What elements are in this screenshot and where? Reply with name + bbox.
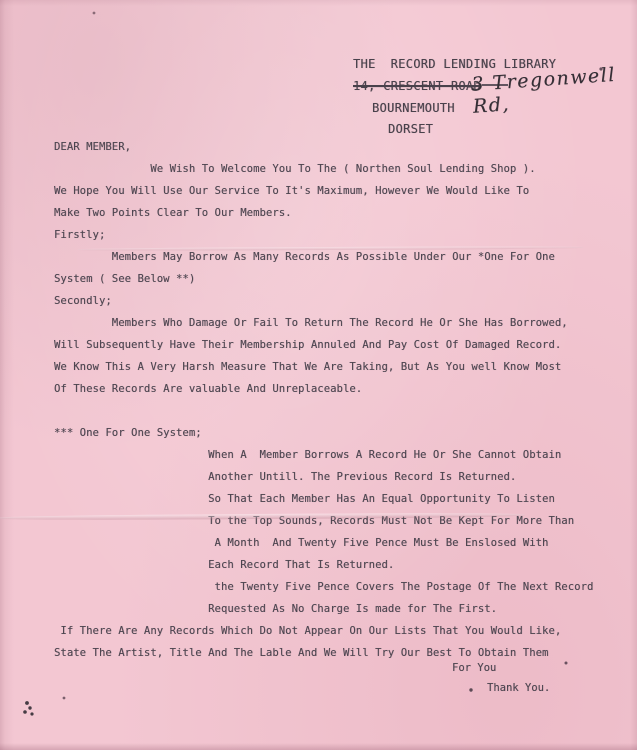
letter-line: We Hope You Will Use Our Service To It's… xyxy=(54,180,593,202)
letter-line: Of These Records Are valuable And Unrepl… xyxy=(54,378,593,400)
closing-for-you: For You xyxy=(452,661,496,675)
letter-line: We Wish To Welcome You To The ( Northen … xyxy=(54,158,593,180)
ink-specks xyxy=(0,0,2,2)
letter-line: If There Are Any Records Which Do Not Ap… xyxy=(54,620,593,642)
letter-line-blank xyxy=(54,400,593,422)
letter-line-firstly: Firstly; xyxy=(54,224,593,246)
letter-line-secondly: Secondly; xyxy=(54,290,593,312)
letter-line: Requested As No Charge Is made for The F… xyxy=(54,598,593,620)
letterhead-county: DORSET xyxy=(388,121,433,137)
letter-line: So That Each Member Has An Equal Opportu… xyxy=(54,488,593,510)
letter-line: the Twenty Five Pence Covers The Postage… xyxy=(54,576,593,598)
letter-line: We Know This A Very Harsh Measure That W… xyxy=(54,356,593,378)
letter-line: Make Two Points Clear To Our Members. xyxy=(54,202,593,224)
letter-line: When A Member Borrows A Record He Or She… xyxy=(54,444,593,466)
letter-line: A Month And Twenty Five Pence Must Be En… xyxy=(54,532,593,554)
letterhead-old-address: 14, CRESCENT ROAD xyxy=(353,79,481,93)
letter-line: Members May Borrow As Many Records As Po… xyxy=(54,246,593,268)
letter-body: DEAR MEMBER, We Wish To Welcome You To T… xyxy=(54,136,593,664)
letter-page: THE RECORD LENDING LIBRARY 14, CRESCENT … xyxy=(0,0,637,750)
letter-line: System ( See Below **) xyxy=(54,268,593,290)
letter-line: Members Who Damage Or Fail To Return The… xyxy=(54,312,593,334)
letter-line: Will Subsequently Have Their Membership … xyxy=(54,334,593,356)
closing-thank-you: Thank You. xyxy=(487,681,550,695)
letterhead-city: BOURNEMOUTH xyxy=(372,100,455,116)
letter-line: Each Record That Is Returned. xyxy=(54,554,593,576)
letter-line: Another Untill. The Previous Record Is R… xyxy=(54,466,593,488)
letter-line-one-for-one-heading: *** One For One System; xyxy=(54,422,593,444)
letter-line-salutation: DEAR MEMBER, xyxy=(54,136,593,158)
letter-line: To the Top Sounds, Records Must Not Be K… xyxy=(54,510,593,532)
letter-line: State The Artist, Title And The Lable An… xyxy=(54,642,593,664)
